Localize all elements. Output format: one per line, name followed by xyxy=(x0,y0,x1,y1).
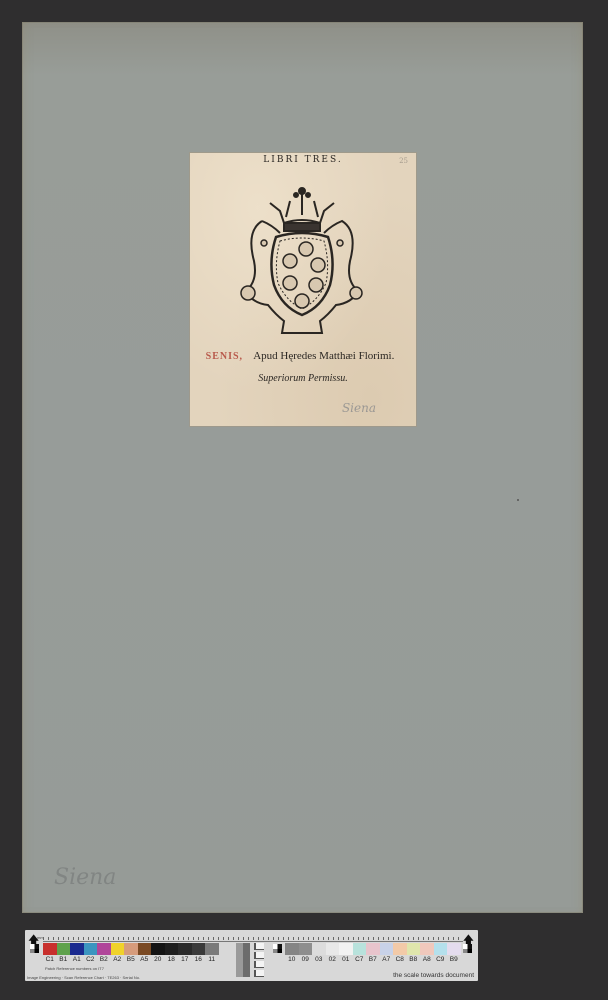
color-patch-01 xyxy=(339,943,353,955)
resolution-target-icons xyxy=(254,943,264,977)
color-patch-b7 xyxy=(366,943,380,955)
color-patch-17 xyxy=(178,943,192,955)
color-patch-09 xyxy=(299,943,313,955)
patch-label: 09 xyxy=(299,956,313,963)
patch-label: A5 xyxy=(138,956,152,963)
color-patch-02 xyxy=(326,943,340,955)
patch-label: 17 xyxy=(178,956,192,963)
color-patch-a1 xyxy=(70,943,84,955)
color-patch-c7 xyxy=(353,943,367,955)
slip-title: LIBRI TRES. xyxy=(190,155,416,165)
color-patch-a5 xyxy=(138,943,152,955)
patch-label: A7 xyxy=(380,956,394,963)
patch-label: C8 xyxy=(393,956,407,963)
gray-step-block xyxy=(236,943,250,977)
color-patch-b5 xyxy=(124,943,138,955)
color-patch-c1 xyxy=(43,943,57,955)
patch-label: B7 xyxy=(366,956,380,963)
patch-label: 03 xyxy=(312,956,326,963)
patch-label: 11 xyxy=(205,956,219,963)
patch-label: A1 xyxy=(70,956,84,963)
patch-label: B8 xyxy=(407,956,421,963)
imprint-text: Apud Hęredes Matthæi Florimi. xyxy=(253,350,394,362)
imprint-line: SENIS, Apud Hęredes Matthæi Florimi. xyxy=(190,350,416,362)
color-patch-11 xyxy=(205,943,219,955)
patch-reference-note: Patch Reference numbers on IT7 xyxy=(45,966,104,971)
color-patch-20 xyxy=(151,943,165,955)
patch-label: C9 xyxy=(434,956,448,963)
scan-reference-color-chart: 🡅 🡅 mm C1B1A1C2B2A2B5A52018171611 100903… xyxy=(25,930,478,981)
color-patch-b8 xyxy=(407,943,421,955)
board-speck xyxy=(517,499,519,501)
pencil-note-siena: Siena xyxy=(54,865,116,890)
chart-maker-text: Image Engineering · Scan Reference Chart… xyxy=(27,975,140,980)
patch-label: B9 xyxy=(447,956,461,963)
color-patch-b1 xyxy=(57,943,71,955)
color-patch-b9 xyxy=(447,943,461,955)
patch-label: 16 xyxy=(192,956,206,963)
slip-pencil-note: Siena xyxy=(342,401,376,415)
patch-label: B1 xyxy=(57,956,71,963)
patch-label: A8 xyxy=(420,956,434,963)
patch-label: B2 xyxy=(97,956,111,963)
chart-footer-text: the scale towards document xyxy=(393,972,474,979)
patch-label: 20 xyxy=(151,956,165,963)
color-patch-c2 xyxy=(84,943,98,955)
corner-mark: 25 xyxy=(399,157,408,165)
color-patch-a2 xyxy=(111,943,125,955)
patch-label: 10 xyxy=(285,956,299,963)
color-patch-03 xyxy=(312,943,326,955)
color-patch-16 xyxy=(192,943,206,955)
patch-label: 18 xyxy=(165,956,179,963)
bw-marker-left xyxy=(30,944,39,953)
patch-label: B5 xyxy=(124,956,138,963)
patch-label: A2 xyxy=(111,956,125,963)
medici-coat-of-arms-icon xyxy=(232,181,372,341)
patch-label: C2 xyxy=(84,956,98,963)
right-patch-labels: 1009030201C7B7A7C8B8A8C9B9 xyxy=(285,956,461,963)
left-patch-labels: C1B1A1C2B2A2B5A52018171611 xyxy=(43,956,219,963)
color-patch-18 xyxy=(165,943,179,955)
color-patch-a8 xyxy=(420,943,434,955)
right-color-patches xyxy=(285,943,461,955)
bw-marker-middle xyxy=(273,944,282,953)
left-color-patches xyxy=(43,943,219,955)
color-patch-c8 xyxy=(393,943,407,955)
color-patch-a7 xyxy=(380,943,394,955)
patch-label: C1 xyxy=(43,956,57,963)
mm-ruler xyxy=(43,933,463,942)
imprint-city: SENIS, xyxy=(206,351,243,362)
color-patch-10 xyxy=(285,943,299,955)
color-patch-b2 xyxy=(97,943,111,955)
permission-line: Superiorum Permissu. xyxy=(190,373,416,384)
patch-label: C7 xyxy=(353,956,367,963)
patch-label: 01 xyxy=(339,956,353,963)
title-page-slip: LIBRI TRES. 25 xyxy=(190,153,416,426)
patch-label: 02 xyxy=(326,956,340,963)
bw-marker-right xyxy=(463,944,472,953)
color-patch-c9 xyxy=(434,943,448,955)
